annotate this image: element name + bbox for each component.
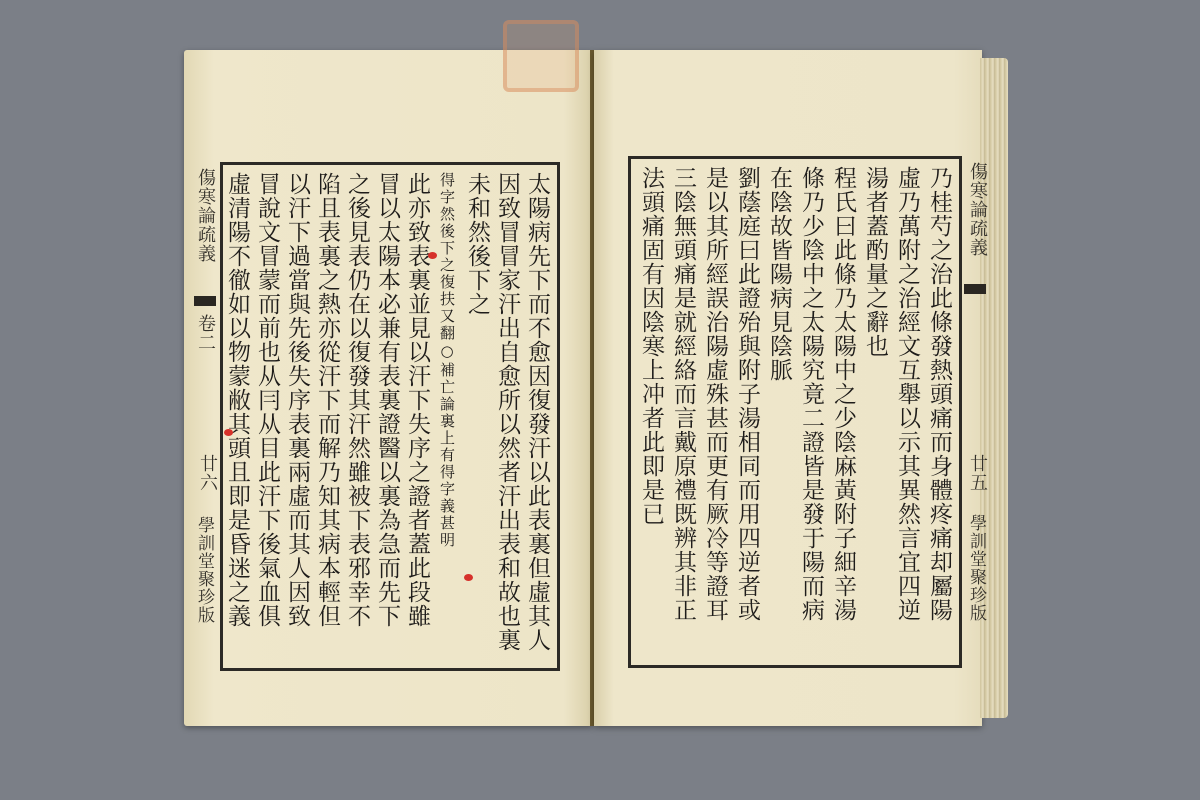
text-column: 冒說文冒蒙而前也从冃从目此汗下後氣血俱 <box>252 172 282 661</box>
open-book: 傷寒論疏義 卷二 廿六 學訓堂聚珍版 太陽病先下而不愈因復發汗以此表裏但虛其人 … <box>184 44 1014 734</box>
text-column: 虛乃萬附之治經文互舉以示其異然言宜四逆 <box>892 166 922 658</box>
left-text-frame: 太陽病先下而不愈因復發汗以此表裏但虛其人 因致冒冒家汗出自愈所以然者汗出表和故也… <box>220 162 560 671</box>
text-column: 條乃少陰中之太陽究竟二證皆是發于陽而病 <box>796 166 826 658</box>
left-margin-title: 傷寒論疏義 <box>192 168 218 263</box>
text-column: 是以其所經誤治陽虛殊甚而更有厥冷等證耳 <box>700 166 730 658</box>
left-margin-folio: 廿六 <box>194 454 220 492</box>
text-column-group: 未和然後下之 <box>462 172 492 661</box>
red-ink-mark <box>224 429 233 436</box>
left-margin-publisher: 學訓堂聚珍版 <box>192 516 217 624</box>
text-column: 未和然後下之 <box>462 172 492 316</box>
left-margin-volume: 卷二 <box>192 314 218 352</box>
right-margin-folio: 廿五 <box>964 454 990 492</box>
text-column: 乃桂芍之治此條發熱頭痛而身體疼痛却屬陽 <box>924 166 954 658</box>
right-text-frame: 乃桂芍之治此條發熱頭痛而身體疼痛却屬陽 虛乃萬附之治經文互舉以示其異然言宜四逆 … <box>628 156 962 668</box>
text-column: 太陽病先下而不愈因復發汗以此表裏但虛其人 <box>522 172 552 661</box>
right-text-columns: 乃桂芍之治此條發熱頭痛而身體疼痛却屬陽 虛乃萬附之治經文互舉以示其異然言宜四逆 … <box>636 166 954 658</box>
library-seal-icon <box>503 20 579 92</box>
text-column: 法頭痛固有因陰寒上冲者此即是已 <box>636 166 666 658</box>
text-column: 劉蔭庭曰此證殆與附子湯相同而用四逆者或 <box>732 166 762 658</box>
red-ink-mark <box>428 252 437 259</box>
text-column: 程氏曰此條乃太陽中之少陰麻黃附子細辛湯 <box>828 166 858 658</box>
right-margin-title: 傷寒論疏義 <box>964 162 990 257</box>
right-margin-publisher: 學訓堂聚珍版 <box>964 514 989 622</box>
red-ink-mark <box>464 574 473 581</box>
left-text-columns: 太陽病先下而不愈因復發汗以此表裏但虛其人 因致冒冒家汗出自愈所以然者汗出表和故也… <box>228 172 552 661</box>
text-column: 因致冒冒家汗出自愈所以然者汗出表和故也裏 <box>492 172 522 661</box>
text-column: 以汗下過當與先後失序表裏兩虛而其人因致 <box>282 172 312 661</box>
text-column: 之後見表仍在以復發其汗然雖被下表邪幸不 <box>342 172 372 661</box>
text-column: 三陰無頭痛是就經絡而言戴原禮既辨其非正 <box>668 166 698 658</box>
text-column: 陷且表裏之熱亦從汗下而解乃知其病本輕但 <box>312 172 342 661</box>
fishtail-mark-icon <box>964 284 986 294</box>
annotation-column: 得字然後下之復扶又翻○補亡論裏上有得字義甚明 <box>432 172 462 661</box>
text-column: 此亦致表裏並見以汗下失序之證者蓋此段雖 <box>402 172 432 661</box>
text-column: 虛清陽不徹如以物蒙敝其頭且即是昏迷之義 <box>222 172 252 661</box>
text-column: 湯者蓋酌量之辭也 <box>860 166 890 658</box>
fishtail-mark-icon <box>194 296 216 306</box>
text-column: 冒以太陽本必兼有表裏證醫以裏為急而先下 <box>372 172 402 661</box>
text-column: 在陰故皆陽病見陰脈 <box>764 166 794 658</box>
